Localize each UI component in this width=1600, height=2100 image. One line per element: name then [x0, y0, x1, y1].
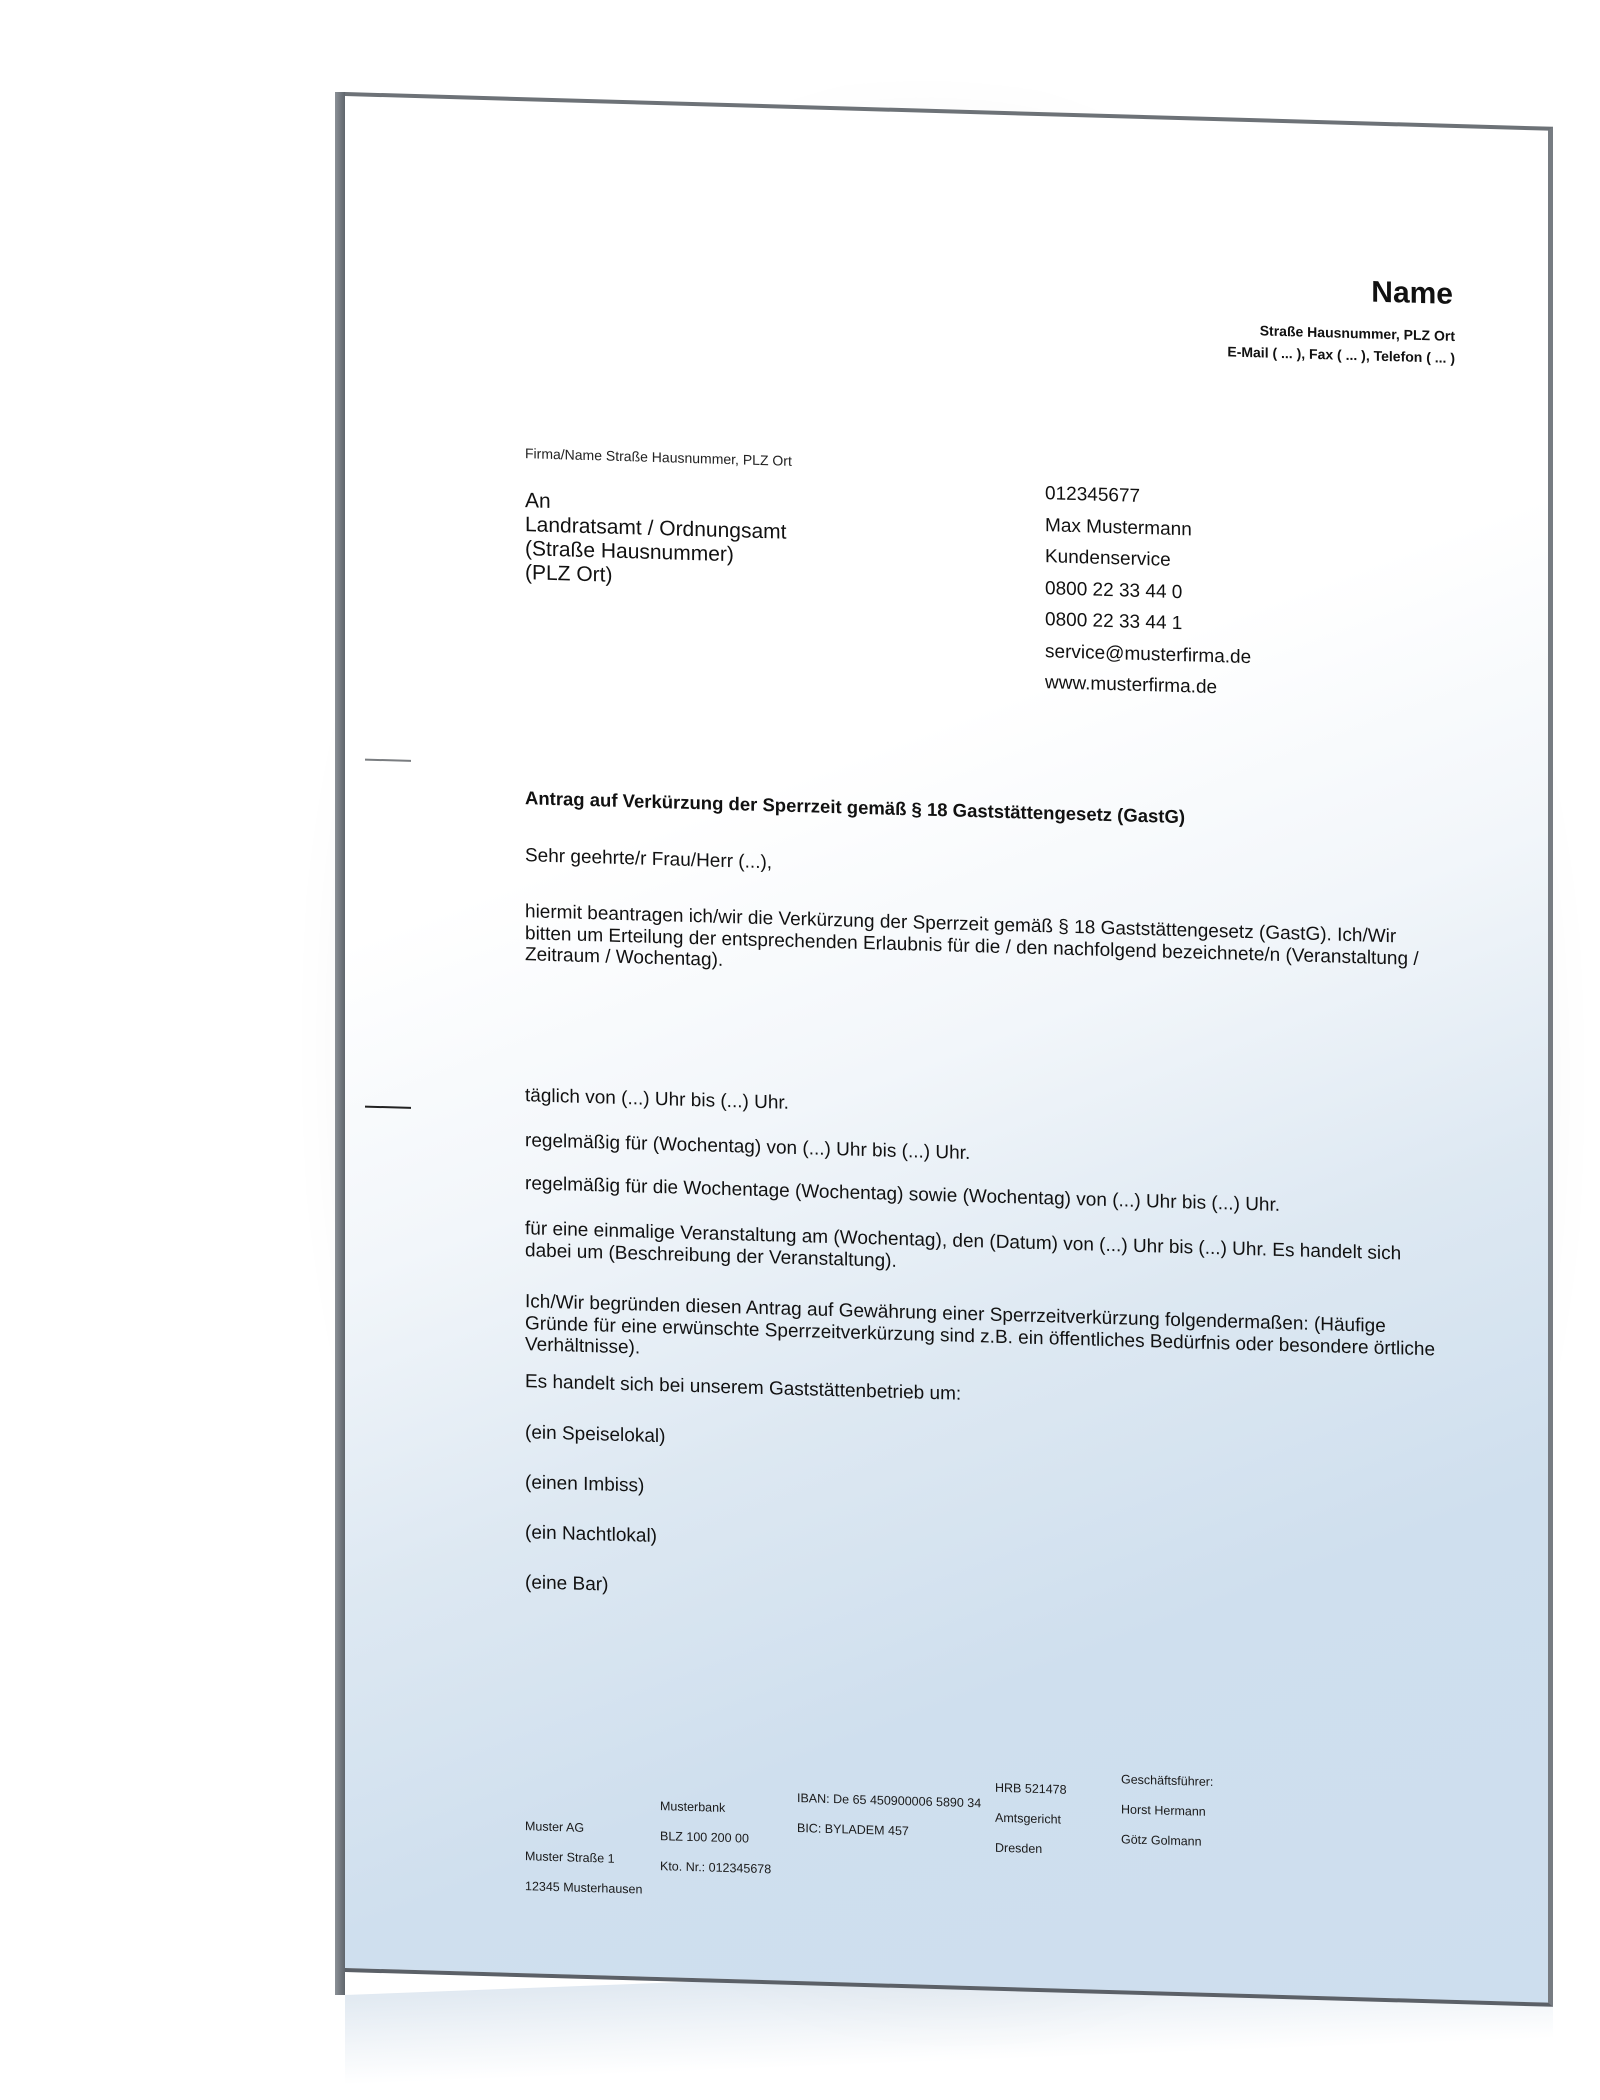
- footer-bank: Musterbank BLZ 100 200 00 Kto. Nr.: 0123…: [660, 1791, 771, 1884]
- reason-paragraph: Ich/Wir begründen diesen Antrag auf Gewä…: [525, 1291, 1445, 1382]
- reference-number: 012345677: [1045, 478, 1251, 515]
- option-weekday: regelmäßig für (Wochentag) von (...) Uhr…: [525, 1130, 970, 1165]
- fax-number: 0800 22 33 44 1: [1045, 604, 1251, 641]
- document-preview: Name Straße Hausnummer, PLZ Ort E-Mail (…: [0, 0, 1600, 2100]
- footer-line: BIC: BYLADEM 457: [797, 1813, 981, 1848]
- footer-line: Kto. Nr.: 012345678: [660, 1851, 771, 1884]
- letterhead-name: Name: [1371, 276, 1453, 312]
- recipient-address: An Landratsamt / Ordnungsamt (Straße Hau…: [525, 489, 786, 593]
- footer-line: HRB 521478: [995, 1773, 1067, 1805]
- salutation: Sehr geehrte/r Frau/Herr (...),: [525, 845, 772, 874]
- business-type-item: (ein Nachtlokal): [525, 1522, 657, 1548]
- page-edge: [335, 92, 345, 1995]
- footer-line: Muster Straße 1: [525, 1841, 642, 1874]
- footer-line: BLZ 100 200 00: [660, 1821, 771, 1854]
- letterhead-contact: E-Mail ( ... ), Fax ( ... ), Telefon ( .…: [1227, 343, 1455, 366]
- fold-mark: [365, 759, 411, 762]
- business-type-item: (einen Imbiss): [525, 1472, 644, 1497]
- footer-register: HRB 521478 Amtsgericht Dresden: [995, 1773, 1067, 1865]
- option-weekdays: regelmäßig für die Wochentage (Wochentag…: [525, 1173, 1280, 1217]
- department: Kundenservice: [1045, 541, 1251, 578]
- footer-line: Götz Golmann: [1121, 1824, 1213, 1857]
- subject-line: Antrag auf Verkürzung der Sperrzeit gemä…: [525, 787, 1185, 828]
- letter-page: Name Straße Hausnummer, PLZ Ort E-Mail (…: [345, 92, 1553, 2007]
- contact-block: 012345677 Max Mustermann Kundenservice 0…: [1045, 478, 1251, 704]
- footer-line: Musterbank: [660, 1791, 771, 1824]
- footer-line: Amtsgericht: [995, 1803, 1067, 1835]
- footer-line: Horst Hermann: [1121, 1794, 1213, 1827]
- business-type-item: (ein Speiselokal): [525, 1422, 665, 1448]
- footer-line: Geschäftsführer:: [1121, 1764, 1213, 1797]
- punch-mark: [365, 1106, 411, 1109]
- business-type-intro: Es handelt sich bei unserem Gaststättenb…: [525, 1371, 961, 1406]
- footer-iban: IBAN: De 65 450900006 5890 34 BIC: BYLAD…: [797, 1783, 981, 1848]
- website: www.musterfirma.de: [1045, 667, 1251, 704]
- footer-line: Dresden: [995, 1833, 1067, 1865]
- footer-line: Muster AG: [525, 1811, 642, 1844]
- option-daily: täglich von (...) Uhr bis (...) Uhr.: [525, 1085, 789, 1115]
- footer-line: 12345 Musterhausen: [525, 1871, 642, 1904]
- footer-company: Muster AG Muster Straße 1 12345 Musterha…: [525, 1811, 642, 1904]
- option-single-event: für eine einmalige Veranstaltung am (Woc…: [525, 1218, 1445, 1288]
- intro-paragraph: hiermit beantragen ich/wir die Verkürzun…: [525, 901, 1445, 992]
- letterhead-address: Straße Hausnummer, PLZ Ort: [1260, 322, 1455, 344]
- footer-management: Geschäftsführer: Horst Hermann Götz Golm…: [1121, 1764, 1213, 1857]
- business-type-item: (eine Bar): [525, 1572, 608, 1596]
- sender-return-line: Firma/Name Straße Hausnummer, PLZ Ort: [525, 445, 792, 469]
